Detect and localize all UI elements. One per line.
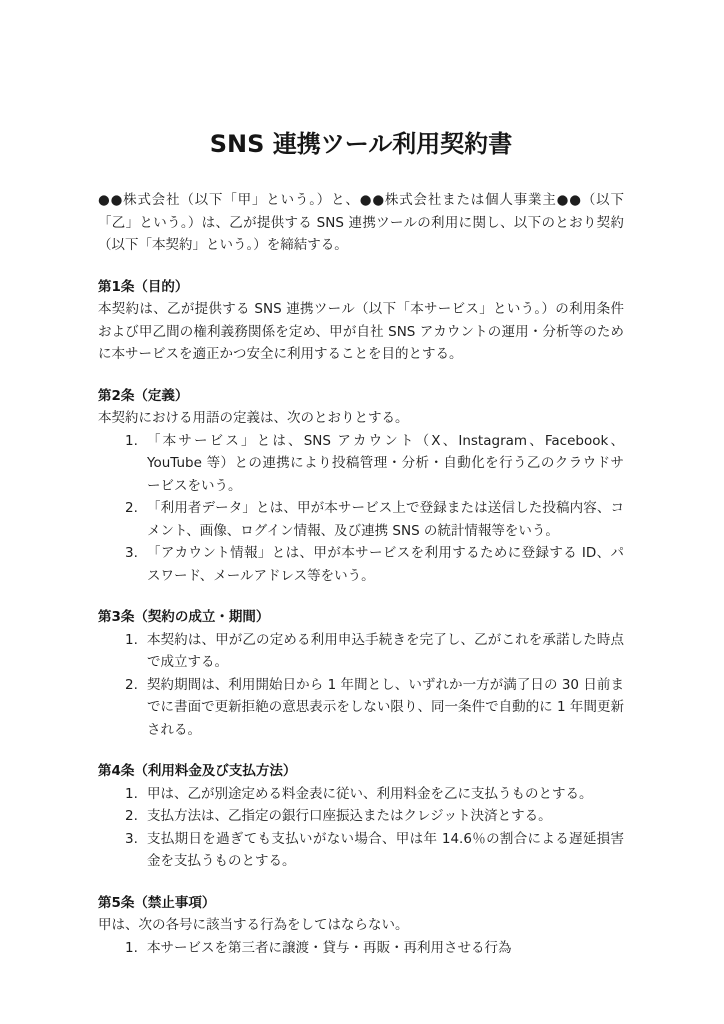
document-title: SNS 連携ツール利用契約書	[98, 128, 624, 160]
article-2-definitions: 第2条（定義） 本契約における用語の定義は、次のとおりとする。 「本サービス」と…	[98, 385, 624, 588]
article-3-clause-1: 本契約は、甲が乙の定める利用申込手続きを完了し、乙がこれを承諾した時点で成立する…	[98, 629, 624, 674]
contract-document-page: SNS 連携ツール利用契約書 ●●株式会社（以下「甲」という。）と、●●株式会社…	[0, 0, 724, 1024]
article-2-clause-1: 「本サービス」とは、SNS アカウント（X、Instagram、Facebook…	[98, 430, 624, 498]
article-4-clause-1: 甲は、乙が別途定める料金表に従い、利用料金を乙に支払うものとする。	[98, 783, 624, 806]
article-2-lead: 本契約における用語の定義は、次のとおりとする。	[98, 407, 624, 430]
article-4-heading: 第4条（利用料金及び支払方法）	[98, 760, 624, 783]
article-4-clause-list: 甲は、乙が別途定める料金表に従い、利用料金を乙に支払うものとする。 支払方法は、…	[98, 783, 624, 873]
article-5-prohibitions: 第5条（禁止事項） 甲は、次の各号に該当する行為をしてはならない。 本サービスを…	[98, 892, 624, 960]
article-5-clause-1: 本サービスを第三者に譲渡・貸与・再販・再利用させる行為	[98, 937, 624, 960]
article-2-clause-2: 「利用者データ」とは、甲が本サービス上で登録または送信した投稿内容、コメント、画…	[98, 497, 624, 542]
article-1-purpose: 第1条（目的） 本契約は、乙が提供する SNS 連携ツール（以下「本サービス」と…	[98, 276, 624, 366]
article-2-clause-3: 「アカウント情報」とは、甲が本サービスを利用するために登録する ID、パスワード…	[98, 542, 624, 587]
article-4-clause-3: 支払期日を過ぎても支払いがない場合、甲は年 14.6％の割合による遅延損害金を支…	[98, 828, 624, 873]
article-3-clause-2: 契約期間は、利用開始日から 1 年間とし、いずれか一方が満了日の 30 日前まで…	[98, 674, 624, 742]
article-3-heading: 第3条（契約の成立・期間）	[98, 606, 624, 629]
article-4-clause-2: 支払方法は、乙指定の銀行口座振込またはクレジット決済とする。	[98, 805, 624, 828]
article-1-heading: 第1条（目的）	[98, 276, 624, 299]
article-2-heading: 第2条（定義）	[98, 385, 624, 408]
article-2-clause-list: 「本サービス」とは、SNS アカウント（X、Instagram、Facebook…	[98, 430, 624, 588]
article-1-body: 本契約は、乙が提供する SNS 連携ツール（以下「本サービス」という。）の利用条…	[98, 298, 624, 366]
preamble-paragraph: ●●株式会社（以下「甲」という。）と、●●株式会社または個人事業主●●（以下「乙…	[98, 189, 624, 257]
article-3-term: 第3条（契約の成立・期間） 本契約は、甲が乙の定める利用申込手続きを完了し、乙が…	[98, 606, 624, 741]
article-5-heading: 第5条（禁止事項）	[98, 892, 624, 915]
article-4-fees: 第4条（利用料金及び支払方法） 甲は、乙が別途定める料金表に従い、利用料金を乙に…	[98, 760, 624, 873]
article-3-clause-list: 本契約は、甲が乙の定める利用申込手続きを完了し、乙がこれを承諾した時点で成立する…	[98, 629, 624, 742]
article-5-lead: 甲は、次の各号に該当する行為をしてはならない。	[98, 914, 624, 937]
article-5-clause-list: 本サービスを第三者に譲渡・貸与・再販・再利用させる行為	[98, 937, 624, 960]
